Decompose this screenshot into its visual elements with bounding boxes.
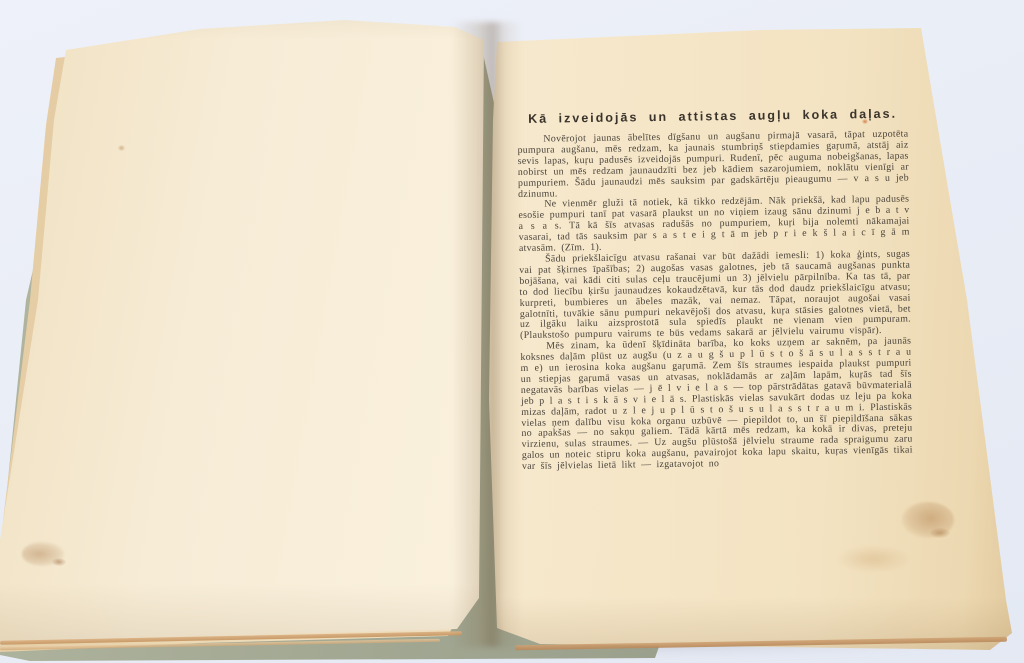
book-photo: Kā izveidojās un attistas augļu koka daļ… bbox=[0, 0, 1024, 663]
body-paragraph-4: Mēs zinam, ka ūdenī šķīdināta barība, ko… bbox=[520, 337, 913, 473]
gutter-shadow bbox=[452, 22, 522, 647]
body-paragraph-1: Novērojot jaunas ābelītes dīgšanu un aug… bbox=[517, 130, 909, 201]
stain-right-page-faint bbox=[838, 546, 908, 572]
body-paragraph-3: Šādu priekšlaicīgu atvasu rašanai var bū… bbox=[519, 249, 911, 342]
stain-speck-left bbox=[118, 145, 125, 151]
body-paragraph-2: Ne vienmēr gluži tā notiek, kā tikko red… bbox=[518, 195, 910, 255]
stain-right-page-small bbox=[930, 528, 950, 538]
printed-text-block: Kā izveidojās un attistas augļu koka daļ… bbox=[517, 107, 913, 474]
stain-left-page-speck bbox=[52, 558, 66, 566]
